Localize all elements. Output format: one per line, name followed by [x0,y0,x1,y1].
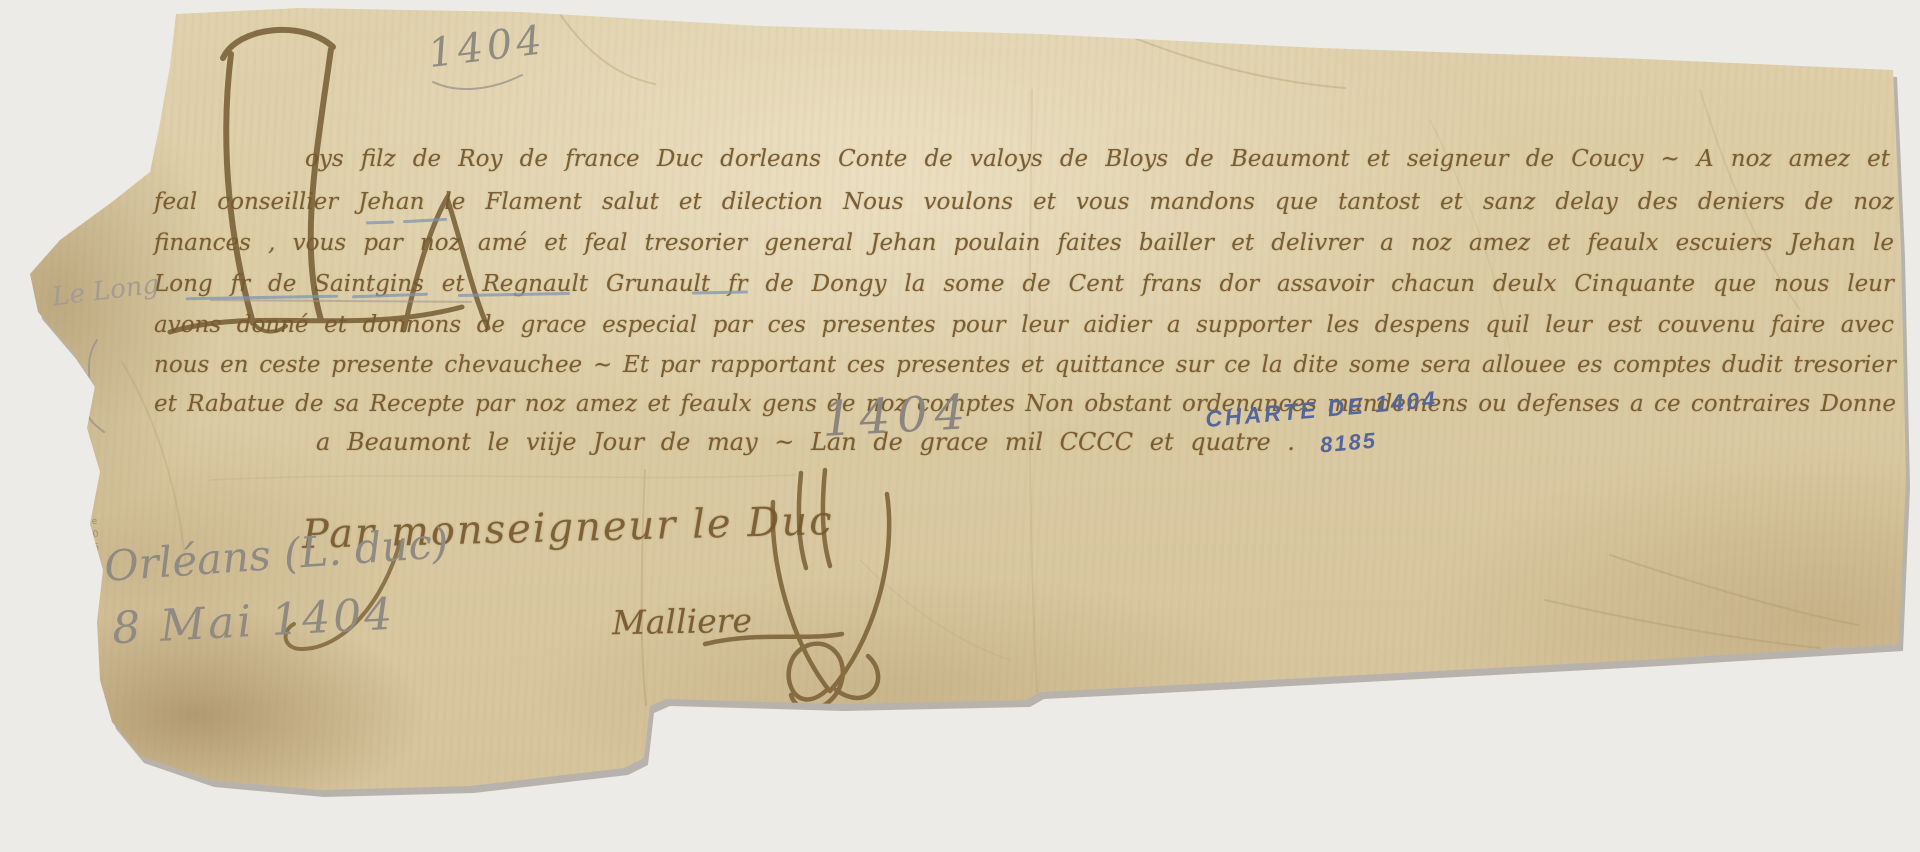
blind-stamp-row: 35 [86,542,100,556]
secretary-signature: Malliere [612,601,753,642]
manuscript-line: oys filz de Roy de france Duc dorleans C… [305,146,1890,172]
manuscript-line: nous en ceste presente chevauchee ~ Et p… [154,352,1896,378]
archive-reference-number: 8185 [1319,428,1378,459]
center-year-pencil-note: 1404 [821,384,974,448]
initial-letter: L [0,0,1,1]
pencil-underline-top-year [433,75,522,89]
parchment: L oys filz de Roy de france Duc dorleans… [0,0,1920,852]
manuscript-line: a Beaumont le viije Jour de may ~ Lan de… [316,428,1295,456]
blind-stamp-row: 9e [85,516,99,530]
blind-stamp: 9e 40 35 [85,516,101,556]
manuscript-line: feal conseillier Jehan le Flament salut … [154,189,1894,215]
manuscript-line: finances , vous par noz amé et feal tres… [154,230,1894,256]
document-scan: L oys filz de Roy de france Duc dorleans… [0,0,1920,852]
blind-stamp-row: 40 [86,529,100,543]
manuscript-line: avons donné et donnons de grace especial… [154,312,1894,338]
manuscript-line: et Rabatue de sa Recepte par noz amez et… [154,391,1896,417]
pencil-squiggle [86,340,104,432]
